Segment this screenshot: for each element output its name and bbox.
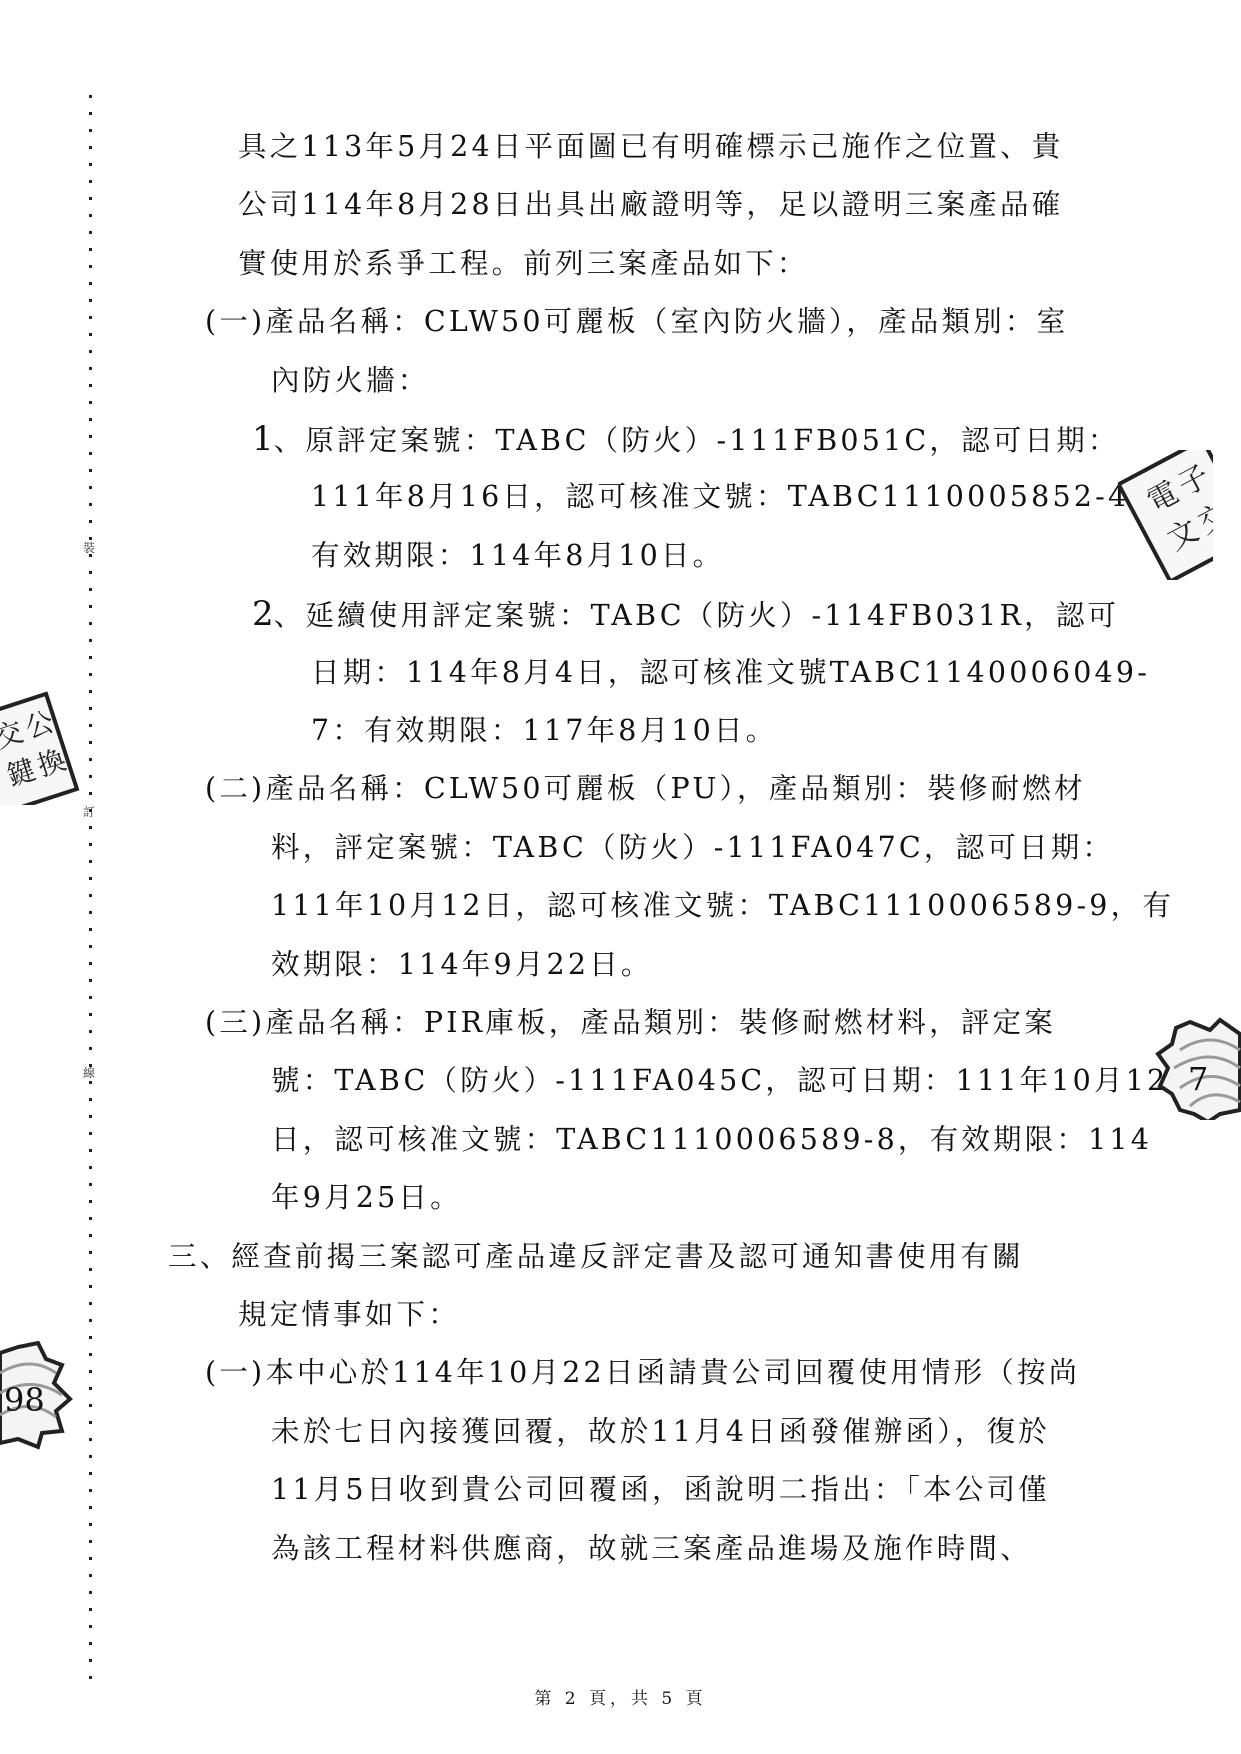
text-line-content: 三、經查前揭三案認可產品違反評定書及認可通知書使用有關 (168, 1240, 1024, 1273)
binding-dot (89, 571, 92, 574)
binding-dot (89, 1251, 92, 1254)
binding-dot (89, 1166, 92, 1169)
binding-dot (89, 1047, 92, 1050)
binding-dot (89, 367, 92, 370)
rect-seal-icon: 電 文 子 交 (1118, 450, 1213, 580)
binding-dot (89, 418, 92, 421)
binding-dot (89, 537, 92, 540)
binding-dot (89, 877, 92, 880)
binding-dot (89, 656, 92, 659)
binding-dot (89, 265, 92, 268)
text-line: 日，認可核准文號：TABC1110006589-8，有效期限：114 (271, 1123, 1152, 1157)
binding-dot (89, 1642, 92, 1645)
binding-line: 裝 訂 線 (86, 95, 96, 1685)
text-line-content: 效期限：114年9月22日。 (271, 948, 653, 981)
binding-dot (89, 333, 92, 336)
binding-dot (89, 673, 92, 676)
binding-dot (89, 1030, 92, 1033)
binding-dot (89, 1676, 92, 1679)
binding-dot (89, 1574, 92, 1577)
binding-dot (89, 401, 92, 404)
text-line-content: 內防火牆： (271, 364, 430, 397)
binding-dot (89, 1591, 92, 1594)
binding-dot (89, 1149, 92, 1152)
binding-dot (89, 860, 92, 863)
text-line-content: 、延續使用評定案號：TABC（防火）-114FB031R，認可 (274, 599, 1120, 632)
text-line: 1、原評定案號：TABC（防火）-111FB051C，認可日期： (252, 422, 1120, 458)
seal-stamp-right-mid: 7 (1150, 1010, 1241, 1124)
text-line-content: 7：有效期限：117年8月10日。 (311, 714, 777, 747)
binding-dot (89, 622, 92, 625)
binding-dot (89, 554, 92, 557)
text-line-content: (一)本中心於114年10月22日函請貴公司回覆使用情形（按尚 (205, 1356, 1080, 1389)
binding-dot (89, 1659, 92, 1662)
text-line: 公司114年8月28日出具出廠證明等，足以證明三案產品確 (238, 188, 1063, 222)
text-line-content: 為該工程材料供應商，故就三案產品進場及施作時間、 (271, 1532, 1032, 1565)
binding-dot (89, 1336, 92, 1339)
binding-dot (89, 911, 92, 914)
binding-dot (89, 435, 92, 438)
text-line-content: 規定情事如下： (238, 1298, 460, 1331)
text-line-content: (三)產品名稱：PIR庫板，產品類別：裝修耐燃材料，評定案 (205, 1006, 1056, 1039)
rect-seal-icon: 交 鍵 公 換 (0, 680, 90, 805)
binding-dot (89, 588, 92, 591)
text-line-content: 料，評定案號：TABC（防火）-111FA047C，認可日期： (271, 831, 1114, 864)
gear-seal-icon: 98 (0, 1335, 80, 1455)
text-line: 2、延續使用評定案號：TABC（防火）-114FB031R，認可 (252, 597, 1119, 633)
text-line-content: 有效期限：114年8月10日。 (311, 539, 724, 572)
text-line-content: 具之113年5月24日平面圖已有明確標示己施作之位置、貴 (238, 130, 1063, 163)
binding-dot (89, 1557, 92, 1560)
text-line: 日期：114年8月4日，認可核准文號TABC1140006049- (311, 656, 1150, 690)
binding-dot (89, 1523, 92, 1526)
binding-dot (89, 945, 92, 948)
text-line: (一)產品名稱：CLW50可麗板（室內防火牆），產品類別：室 (205, 305, 1068, 339)
binding-dot (89, 1455, 92, 1458)
binding-dot (89, 520, 92, 523)
binding-dot (89, 928, 92, 931)
binding-dot (89, 95, 92, 98)
binding-dot (89, 129, 92, 132)
seal-stamp-left-bottom: 98 (0, 1335, 80, 1459)
text-line: 內防火牆： (271, 364, 430, 398)
binding-dot (89, 452, 92, 455)
text-line-content: 年9月25日。 (271, 1181, 462, 1214)
text-line-content: (一)產品名稱：CLW50可麗板（室內防火牆），產品類別：室 (205, 305, 1068, 338)
binding-dot (89, 1200, 92, 1203)
binding-dot (89, 316, 92, 319)
page-number-footer: 第 2 頁，共 5 頁 (0, 1684, 1241, 1709)
binding-dot (89, 996, 92, 999)
binding-dot (89, 1370, 92, 1373)
binding-dot (89, 639, 92, 642)
list-item-number: 1 (252, 419, 274, 459)
binding-dot (89, 299, 92, 302)
text-line: 11月5日收到貴公司回覆函，函說明二指出：「本公司僅 (271, 1473, 1050, 1507)
text-line: 具之113年5月24日平面圖已有明確標示己施作之位置、貴 (238, 130, 1063, 164)
text-line: 年9月25日。 (271, 1181, 462, 1215)
text-line: (三)產品名稱：PIR庫板，產品類別：裝修耐燃材料，評定案 (205, 1006, 1056, 1040)
text-line: (一)本中心於114年10月22日函請貴公司回覆使用情形（按尚 (205, 1356, 1080, 1390)
text-line-content: 公司114年8月28日出具出廠證明等，足以證明三案產品確 (238, 188, 1063, 221)
svg-text:98: 98 (4, 1381, 45, 1419)
binding-dot (89, 486, 92, 489)
svg-text:7: 7 (1188, 1060, 1208, 1098)
text-line-content: 11月5日收到貴公司回覆函，函說明二指出：「本公司僅 (271, 1473, 1050, 1506)
binding-dot (89, 1608, 92, 1611)
binding-dot (89, 1132, 92, 1135)
text-line: 7：有效期限：117年8月10日。 (311, 714, 777, 748)
text-line-content: 、原評定案號：TABC（防火）-111FB051C，認可日期： (274, 424, 1120, 457)
document-page: 裝 訂 線 具之113年5月24日平面圖已有明確標示己施作之位置、貴公司114年… (0, 0, 1241, 1754)
binding-dot (89, 1098, 92, 1101)
text-line-content: 實使用於系爭工程。前列三案產品如下： (238, 247, 809, 280)
text-line: 未於七日內接獲回覆，故於11月4日函發催辦函），復於 (271, 1415, 1050, 1449)
text-line: 號：TABC（防火）-111FA045C，認可日期：111年10月12 (271, 1064, 1168, 1098)
binding-dot (89, 1268, 92, 1271)
text-line-content: 111年10月12日，認可核准文號：TABC1110006589-9，有 (271, 889, 1174, 922)
binding-dot (89, 809, 92, 812)
binding-dot (89, 163, 92, 166)
text-line: 111年8月16日，認可核准文號：TABC1110005852-4， (311, 480, 1161, 514)
binding-dot (89, 1472, 92, 1475)
binding-dot (89, 1013, 92, 1016)
binding-dot (89, 146, 92, 149)
binding-dot (89, 979, 92, 982)
text-line: 111年10月12日，認可核准文號：TABC1110006589-9，有 (271, 889, 1174, 923)
text-line: 有效期限：114年8月10日。 (311, 539, 724, 573)
text-line-content: (二)產品名稱：CLW50可麗板（PU），產品類別：裝修耐燃材 (205, 772, 1086, 805)
binding-dot (89, 1081, 92, 1084)
binding-dot (89, 1506, 92, 1509)
text-line: 實使用於系爭工程。前列三案產品如下： (238, 247, 809, 281)
binding-dot (89, 826, 92, 829)
text-line-content: 日，認可核准文號：TABC1110006589-8，有效期限：114 (271, 1123, 1152, 1156)
binding-dot (89, 605, 92, 608)
seal-stamp-right-top: 電 文 子 交 (1118, 450, 1213, 584)
binding-dot (89, 503, 92, 506)
binding-dot (89, 1438, 92, 1441)
binding-dot (89, 1217, 92, 1220)
binding-dot (89, 1234, 92, 1237)
binding-dot (89, 197, 92, 200)
binding-dot (89, 1353, 92, 1356)
binding-dot (89, 1064, 92, 1067)
binding-dot (89, 384, 92, 387)
gear-seal-icon: 7 (1150, 1010, 1241, 1120)
text-line-content: 號：TABC（防火）-111FA045C，認可日期：111年10月12 (271, 1064, 1168, 1097)
binding-dot (89, 1115, 92, 1118)
binding-dot (89, 1625, 92, 1628)
binding-dot (89, 282, 92, 285)
binding-dot (89, 1387, 92, 1390)
binding-dot (89, 1540, 92, 1543)
binding-dot (89, 894, 92, 897)
binding-dot (89, 180, 92, 183)
text-line: 為該工程材料供應商，故就三案產品進場及施作時間、 (271, 1532, 1032, 1566)
binding-dot (89, 962, 92, 965)
binding-dot (89, 350, 92, 353)
binding-dot (89, 1302, 92, 1305)
text-line: 料，評定案號：TABC（防火）-111FA047C，認可日期： (271, 831, 1114, 865)
list-item-number: 2 (252, 594, 274, 634)
text-line-content: 111年8月16日，認可核准文號：TABC1110005852-4， (311, 480, 1161, 513)
text-line-content: 日期：114年8月4日，認可核准文號TABC1140006049- (311, 656, 1150, 689)
binding-dot (89, 1183, 92, 1186)
binding-dot (89, 1404, 92, 1407)
binding-mark-xian: 線 (83, 1066, 95, 1080)
binding-dot (89, 112, 92, 115)
text-line: 三、經查前揭三案認可產品違反評定書及認可通知書使用有關 (168, 1240, 1024, 1274)
text-line: 規定情事如下： (238, 1298, 460, 1332)
binding-dot (89, 1319, 92, 1322)
binding-dot (89, 1489, 92, 1492)
binding-dot (89, 1285, 92, 1288)
binding-dot (89, 469, 92, 472)
binding-dot (89, 214, 92, 217)
binding-dot (89, 231, 92, 234)
binding-dot (89, 843, 92, 846)
text-line-content: 未於七日內接獲回覆，故於11月4日函發催辦函），復於 (271, 1415, 1050, 1448)
binding-mark-zhuang: 裝 (83, 541, 95, 555)
text-line: (二)產品名稱：CLW50可麗板（PU），產品類別：裝修耐燃材 (205, 772, 1086, 806)
binding-dot (89, 1421, 92, 1424)
binding-dot (89, 248, 92, 251)
text-line: 效期限：114年9月22日。 (271, 948, 653, 982)
seal-stamp-left-mid: 交 鍵 公 換 (0, 680, 90, 809)
